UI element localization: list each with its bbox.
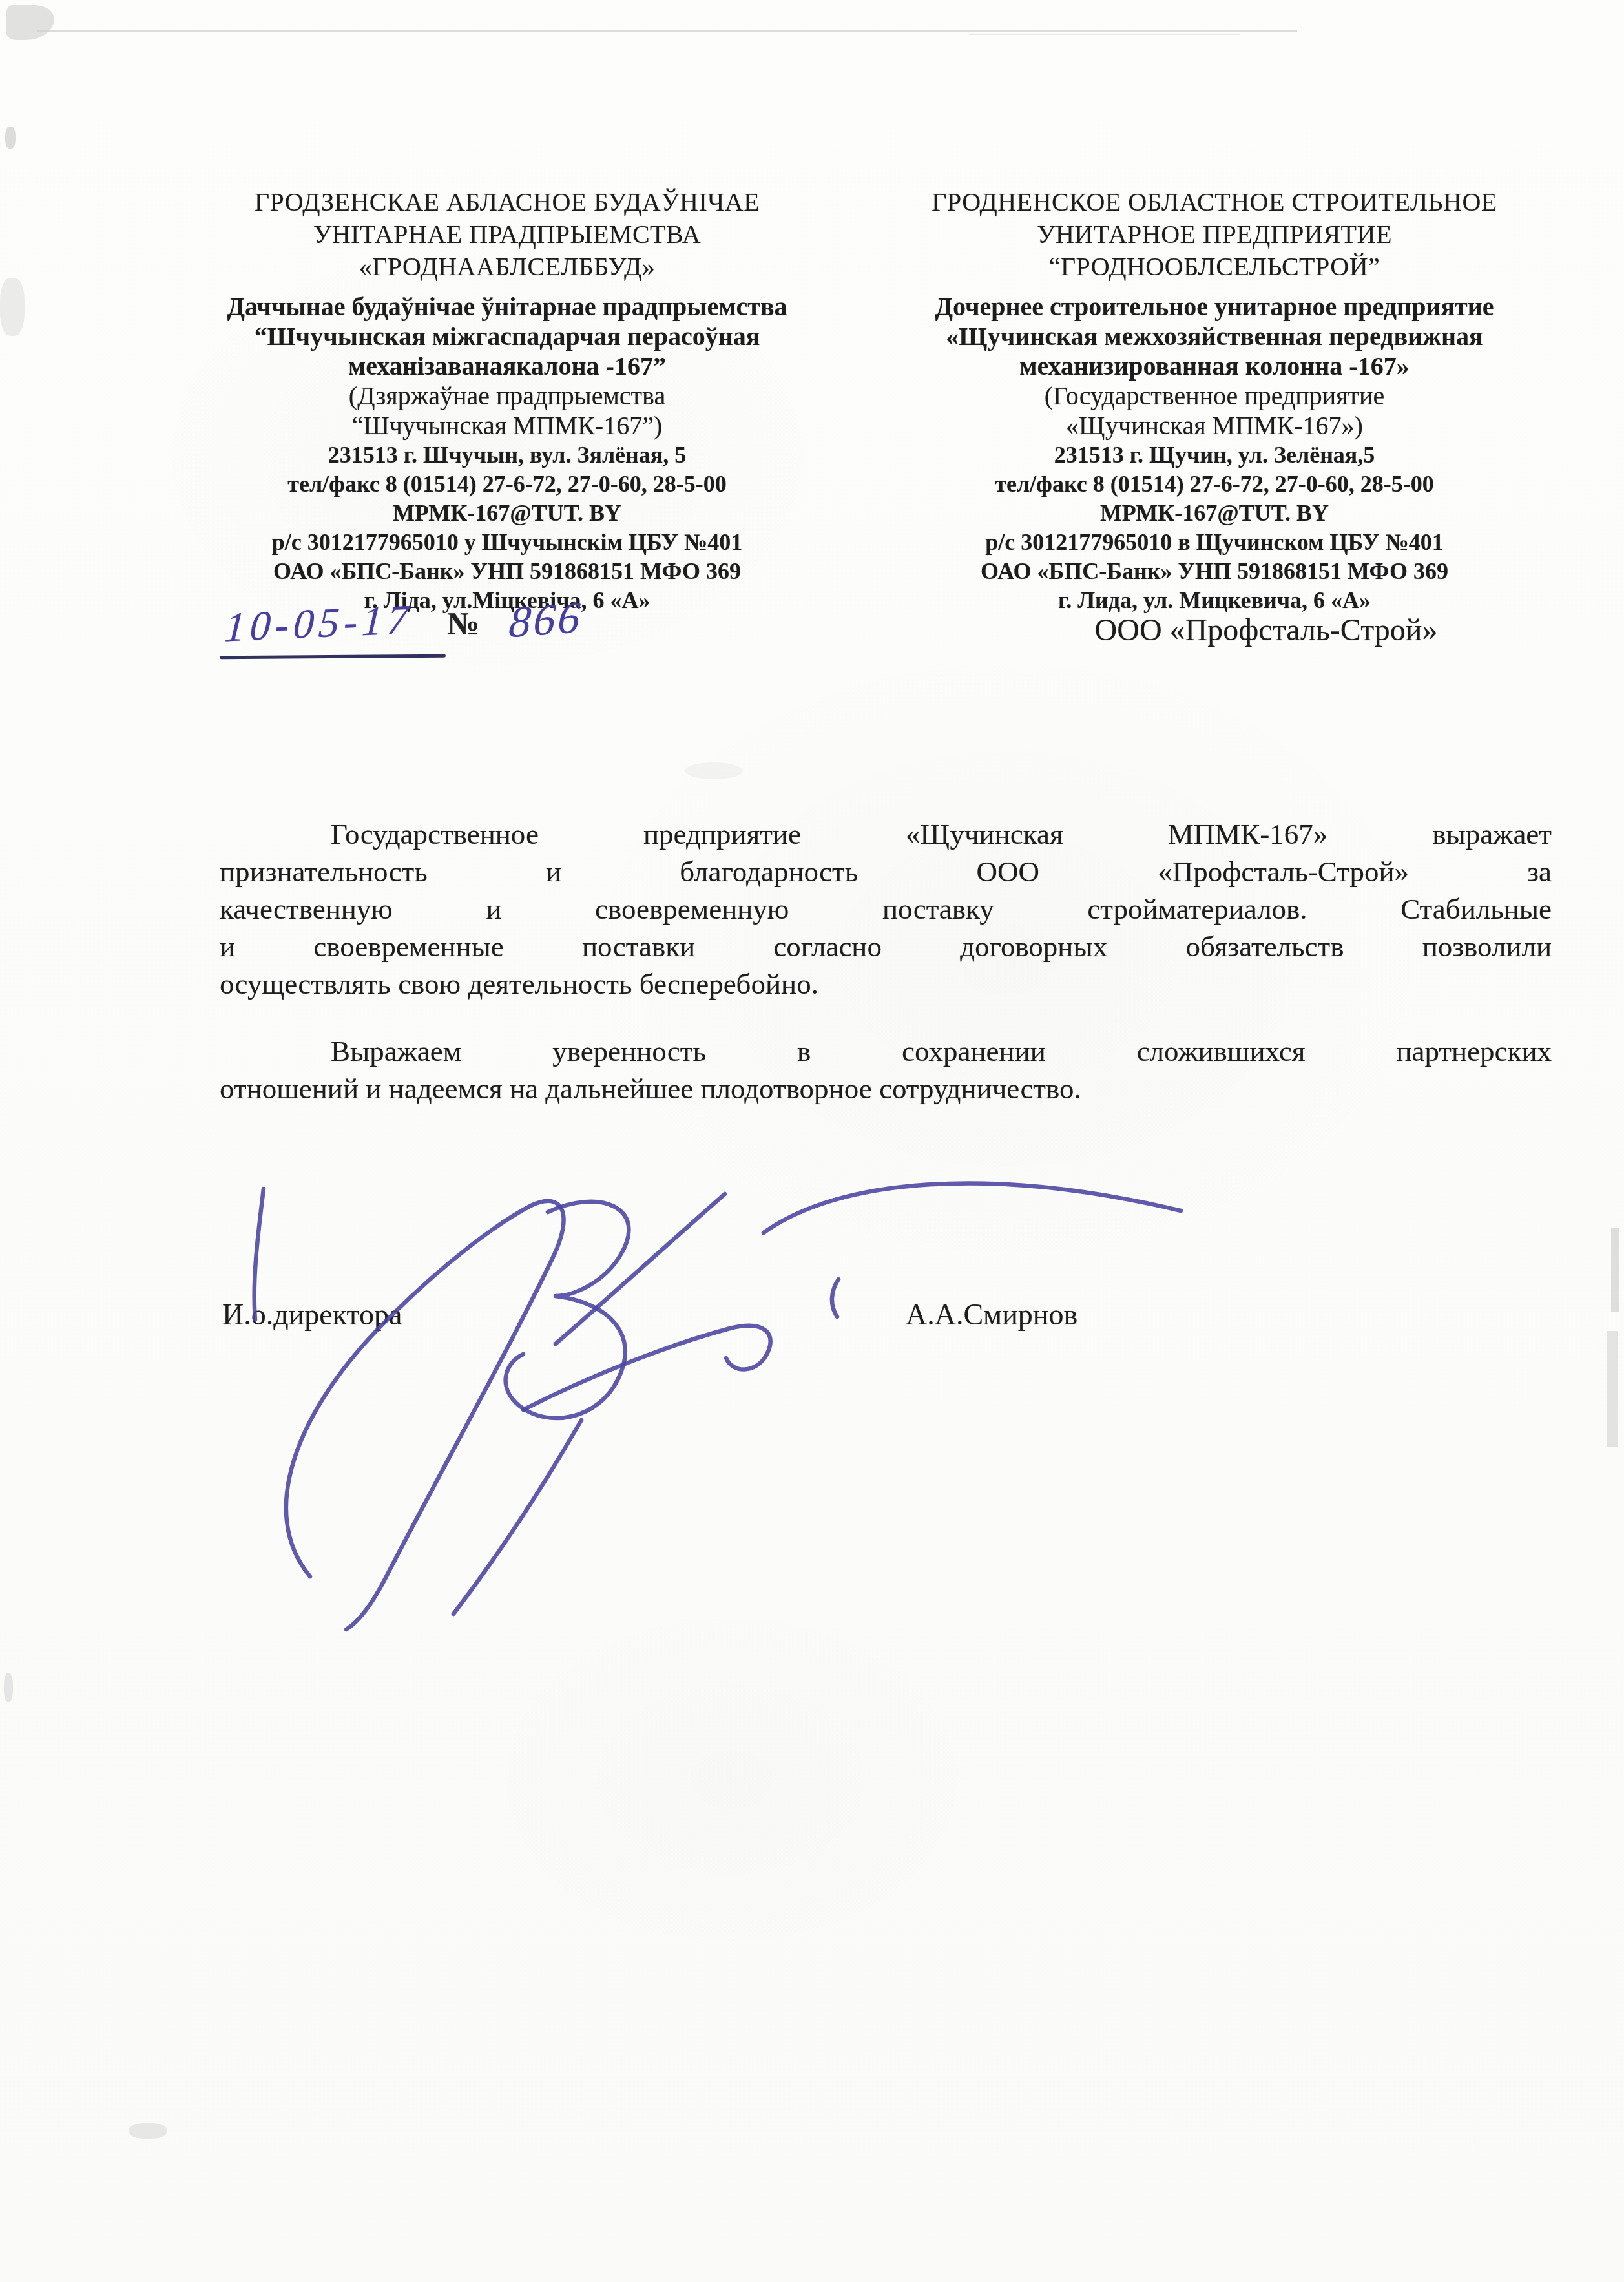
branch-name-line: «Щучинская межхозяйственная передвижная (866, 322, 1563, 351)
phone-line: тел/факс 8 (01514) 27-6-72, 27-0-60, 28-… (116, 470, 898, 499)
body-line: и своевременные поставки согласно догово… (220, 928, 1552, 965)
org-name-line: “ГРОДНООБЛСЕЛЬСТРОЙ” (866, 251, 1563, 283)
branch-name-line: механизированная колонна -167» (866, 351, 1563, 381)
org-name-line: ГРОДЗЕНСКАЕ АБЛАСНОЕ БУДАЎНІЧАЕ (116, 186, 898, 218)
scan-artifact-left-smudge (0, 278, 25, 336)
branch-note-line: (Дзяржаўнае прадпрыемства (116, 381, 898, 411)
email-line: МРМК-167@TUT. BY (116, 499, 898, 528)
branch-block: Дочернее строительное унитарное предприя… (866, 292, 1563, 615)
bank-name-line: ОАО «БПС-Банк» УНП 591868151 МФО 369 (866, 557, 1563, 586)
org-name-line: УНИТАРНОЕ ПРЕДПРИЯТИЕ (866, 218, 1563, 251)
branch-note-line: «Щучинская МПМК-167») (866, 411, 1563, 441)
scan-artifact-top-line2 (969, 34, 1240, 35)
address-line: 231513 г. Шчучын, вул. Зялёная, 5 (116, 441, 898, 470)
phone-line: тел/факс 8 (01514) 27-6-72, 27-0-60, 28-… (866, 470, 1563, 499)
scan-artifact-left-dot (5, 127, 16, 149)
number-sign: № (447, 605, 479, 642)
branch-note-line: “Шчучынская МПМК-167”) (116, 411, 898, 441)
body-line: Государственное предприятие «Щучинская М… (220, 815, 1552, 853)
letterhead-right: ГРОДНЕНСКОЕ ОБЛАСТНОЕ СТРОИТЕЛЬНОЕ УНИТА… (866, 186, 1563, 615)
date-underline (220, 654, 446, 659)
bank-name-line: ОАО «БПС-Банк» УНП 591868151 МФО 369 (116, 557, 898, 586)
letterhead-left: ГРОДЗЕНСКАЕ АБЛАСНОЕ БУДАЎНІЧАЕ УНІТАРНА… (116, 186, 898, 615)
branch-name-line: Даччынае будаўнічае ўнітарнае прадпрыемс… (116, 292, 898, 322)
branch-note-line: (Государственное предприятие (866, 381, 1563, 411)
body-line: признательность и благодарность ООО «Про… (220, 853, 1552, 890)
org-name-line: ГРОДНЕНСКОЕ ОБЛАСТНОЕ СТРОИТЕЛЬНОЕ (866, 186, 1563, 218)
scan-artifact-bottom-smudge (129, 2123, 167, 2139)
branch-name-line: Дочернее строительное унитарное предприя… (866, 292, 1563, 322)
scan-artifact-mid-smudge (685, 762, 743, 779)
bank-account-line: р/с 3012177965010 в Щучинском ЦБУ №401 (866, 528, 1563, 557)
email-line: МРМК-167@TUT. BY (866, 499, 1563, 528)
org-name-line: «ГРОДНААБЛСЕЛББУД» (116, 251, 898, 283)
handwritten-signature (220, 1150, 1227, 1641)
org-name-line: УНІТАРНАЕ ПРАДПРЫЕМСТВА (116, 218, 898, 251)
bank-city-line: г. Лида, ул. Мицкевича, 6 «А» (866, 586, 1563, 615)
scan-artifact-right-dash (1611, 1228, 1619, 1312)
body-paragraph-2: Выражаем уверенность в сохранении сложив… (220, 1032, 1552, 1107)
handwritten-date: 10-05-17 (224, 596, 414, 652)
body-line: Выражаем уверенность в сохранении сложив… (220, 1032, 1552, 1070)
scanned-letter-page: ГРОДЗЕНСКАЕ АБЛАСНОЕ БУДАЎНІЧАЕ УНІТАРНА… (0, 0, 1624, 2282)
bank-account-line: р/с 3012177965010 у Шчучынскім ЦБУ №401 (116, 528, 898, 557)
address-line: 231513 г. Щучин, ул. Зелёная,5 (866, 441, 1563, 470)
body-line: качественную и своевременную поставку ст… (220, 890, 1552, 928)
recipient-name: ООО «Профсталь-Строй» (943, 612, 1589, 648)
branch-name-line: механізаванаякалона -167” (116, 351, 898, 381)
scan-artifact-top-line (37, 30, 1297, 32)
reference-block: 10-05-17 № 866 (220, 600, 801, 671)
body-paragraph-1: Государственное предприятие «Щучинская М… (220, 815, 1552, 1003)
branch-block: Даччынае будаўнічае ўнітарнае прадпрыемс… (116, 292, 898, 615)
scan-artifact-left-dash (4, 1673, 13, 1702)
scan-artifact-corner (6, 5, 54, 40)
body-line: осуществлять свою деятельность бесперебо… (220, 965, 1552, 1003)
body-line: отношений и надеемся на дальнейшее плодо… (220, 1070, 1552, 1107)
handwritten-number: 866 (507, 592, 584, 649)
scan-artifact-right-dash2 (1607, 1331, 1618, 1447)
branch-name-line: “Шчучынская міжгаспадарчая перасоўная (116, 322, 898, 351)
